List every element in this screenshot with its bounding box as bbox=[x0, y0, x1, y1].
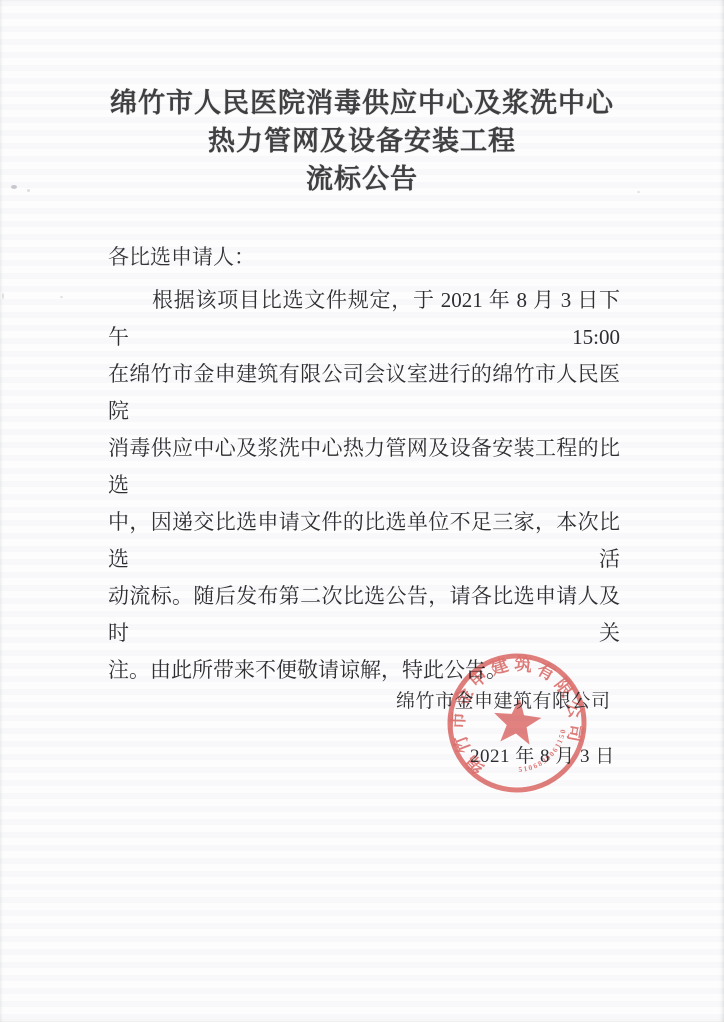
company-seal: 绵竹市金申建筑有限公司 5106839061150 bbox=[444, 650, 590, 796]
document-title-line-2: 热力管网及设备安装工程 bbox=[0, 122, 724, 160]
document-title-line-3: 流标公告 bbox=[0, 160, 724, 198]
body-line: 消毒供应中心及浆洗中心热力管网及设备安装工程的比选 bbox=[108, 430, 620, 504]
scan-speck bbox=[637, 191, 640, 193]
salutation: 各比选申请人： bbox=[108, 241, 255, 271]
body-line: 根据该项目比选文件规定，于 2021 年 8 月 3 日下午 15:00 bbox=[108, 282, 620, 356]
body-line: 动流标。随后发布第二次比选公告，请各比选申请人及时关 bbox=[108, 578, 620, 652]
scanned-announcement-page: 绵竹市人民医院消毒供应中心及浆洗中心 热力管网及设备安装工程 流标公告 各比选申… bbox=[0, 0, 724, 1022]
body-line: 中，因递交比选申请文件的比选单位不足三家，本次比选活 bbox=[108, 504, 620, 578]
scan-speck bbox=[2, 293, 4, 299]
body-line: 在绵竹市金申建筑有限公司会议室进行的绵竹市人民医院 bbox=[108, 356, 620, 430]
signature-date: 2021 年 8 月 3 日 bbox=[470, 741, 615, 768]
document-title-line-1: 绵竹市人民医院消毒供应中心及浆洗中心 bbox=[0, 84, 724, 122]
scan-speck bbox=[27, 189, 30, 192]
scan-speck bbox=[11, 185, 17, 189]
announcement-body: 根据该项目比选文件规定，于 2021 年 8 月 3 日下午 15:00 在绵竹… bbox=[108, 282, 620, 689]
scan-speck bbox=[60, 296, 63, 298]
document-title: 绵竹市人民医院消毒供应中心及浆洗中心 热力管网及设备安装工程 流标公告 bbox=[0, 84, 724, 198]
signature-company-name: 绵竹市金申建筑有限公司 bbox=[396, 686, 611, 713]
